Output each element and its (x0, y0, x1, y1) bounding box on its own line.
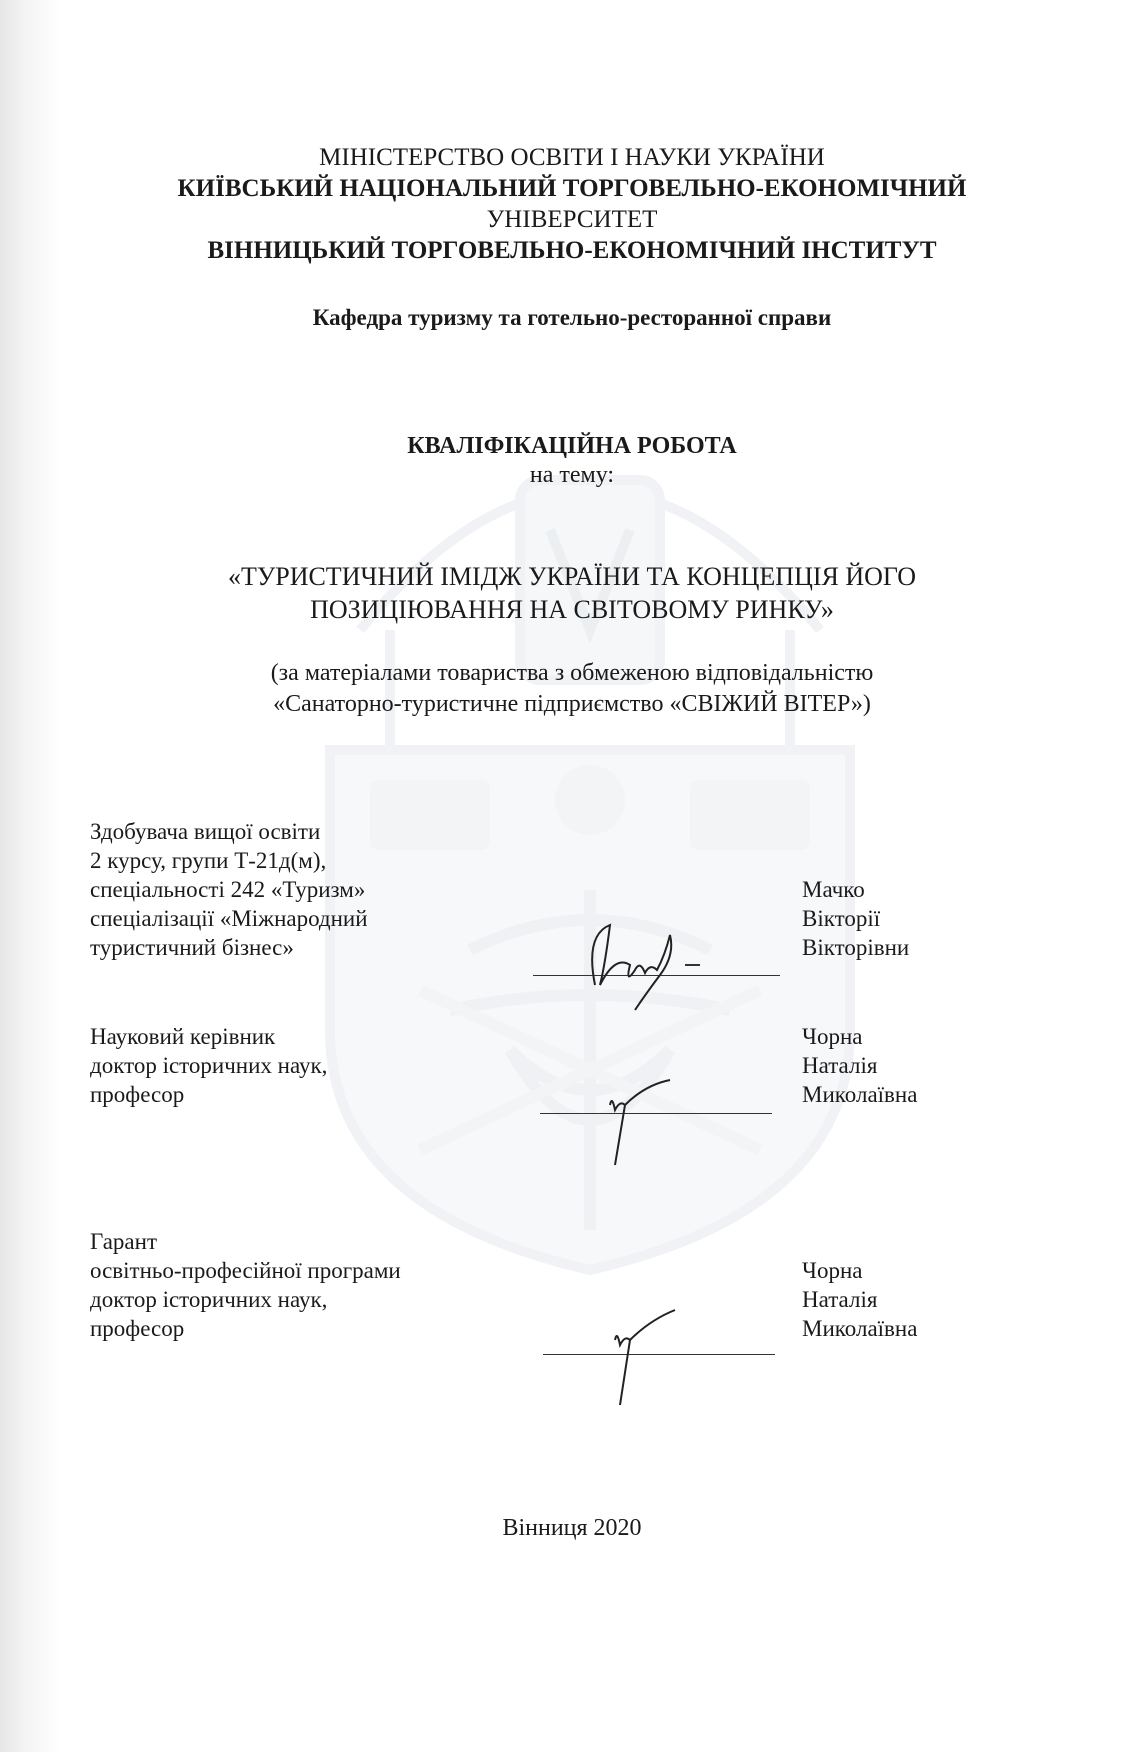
supervisor-name-line: Наталія (802, 1051, 917, 1080)
topic-line-2: ПОЗИЦІЮВАННЯ НА СВІТОВОМУ РИНКУ» (0, 593, 1144, 626)
student-role-line: туристичний бізнес» (90, 933, 368, 962)
city-year: Вінниця 2020 (0, 1515, 1144, 1542)
university-heading-line1: КИЇВСЬКИЙ НАЦІОНАЛЬНИЙ ТОРГОВЕЛЬНО-ЕКОНО… (0, 174, 1144, 204)
materials-line-2: «Санаторно-туристичне підприємство «СВІЖ… (0, 689, 1144, 719)
guarantor-role-line: Гарант (90, 1227, 401, 1256)
supervisor-signature-icon (590, 1075, 680, 1175)
university-heading-line2: УНІВЕРСИТЕТ (0, 205, 1144, 235)
guarantor-name-line: Наталія (802, 1285, 917, 1314)
guarantor-name: Чорна Наталія Миколаївна (802, 1256, 917, 1343)
supervisor-role-line: професор (90, 1080, 327, 1109)
on-topic-label: на тему: (0, 462, 1144, 489)
guarantor-name-line: Чорна (802, 1256, 917, 1285)
student-signature-icon (575, 915, 715, 1015)
student-name-line: Вікторівни (802, 933, 909, 962)
supervisor-role-line: доктор історичних наук, (90, 1051, 327, 1080)
supervisor-name-line: Миколаївна (802, 1080, 917, 1109)
materials-line-1: (за матеріалами товариства з обмеженою в… (0, 658, 1144, 688)
student-name-line: Вікторії (802, 904, 909, 933)
supervisor-name: Чорна Наталія Миколаївна (802, 1022, 917, 1109)
student-name-line: Мачко (802, 875, 909, 904)
guarantor-role-line: професор (90, 1314, 401, 1343)
topic-line-1: «ТУРИСТИЧНИЙ ІМІДЖ УКРАЇНИ ТА КОНЦЕПЦІЯ … (0, 560, 1144, 593)
guarantor-role-line: освітньо-професійної програми (90, 1256, 401, 1285)
ministry-heading: МІНІСТЕРСТВО ОСВІТИ І НАУКИ УКРАЇНИ (0, 143, 1144, 173)
student-role: Здобувача вищої освіти 2 курсу, групи Т-… (90, 817, 368, 962)
student-role-line: спеціальності 242 «Туризм» (90, 875, 368, 904)
student-name: Мачко Вікторії Вікторівни (802, 875, 909, 962)
guarantor-role: Гарант освітньо-професійної програми док… (90, 1227, 401, 1343)
work-type-title: КВАЛІФІКАЦІЙНА РОБОТА (0, 433, 1144, 460)
student-role-line: 2 курсу, групи Т-21д(м), (90, 846, 368, 875)
guarantor-signature-icon (595, 1305, 685, 1415)
department-heading: Кафедра туризму та готельно-ресторанної … (0, 305, 1144, 331)
guarantor-name-line: Миколаївна (802, 1314, 917, 1343)
supervisor-role: Науковий керівник доктор історичних наук… (90, 1022, 327, 1109)
institute-heading: ВІННИЦЬКИЙ ТОРГОВЕЛЬНО-ЕКОНОМІЧНИЙ ІНСТИ… (0, 236, 1144, 266)
guarantor-role-line: доктор історичних наук, (90, 1285, 401, 1314)
student-role-line: Здобувача вищої освіти (90, 817, 368, 846)
supervisor-role-line: Науковий керівник (90, 1022, 327, 1051)
student-role-line: спеціалізації «Міжнародний (90, 904, 368, 933)
supervisor-name-line: Чорна (802, 1022, 917, 1051)
